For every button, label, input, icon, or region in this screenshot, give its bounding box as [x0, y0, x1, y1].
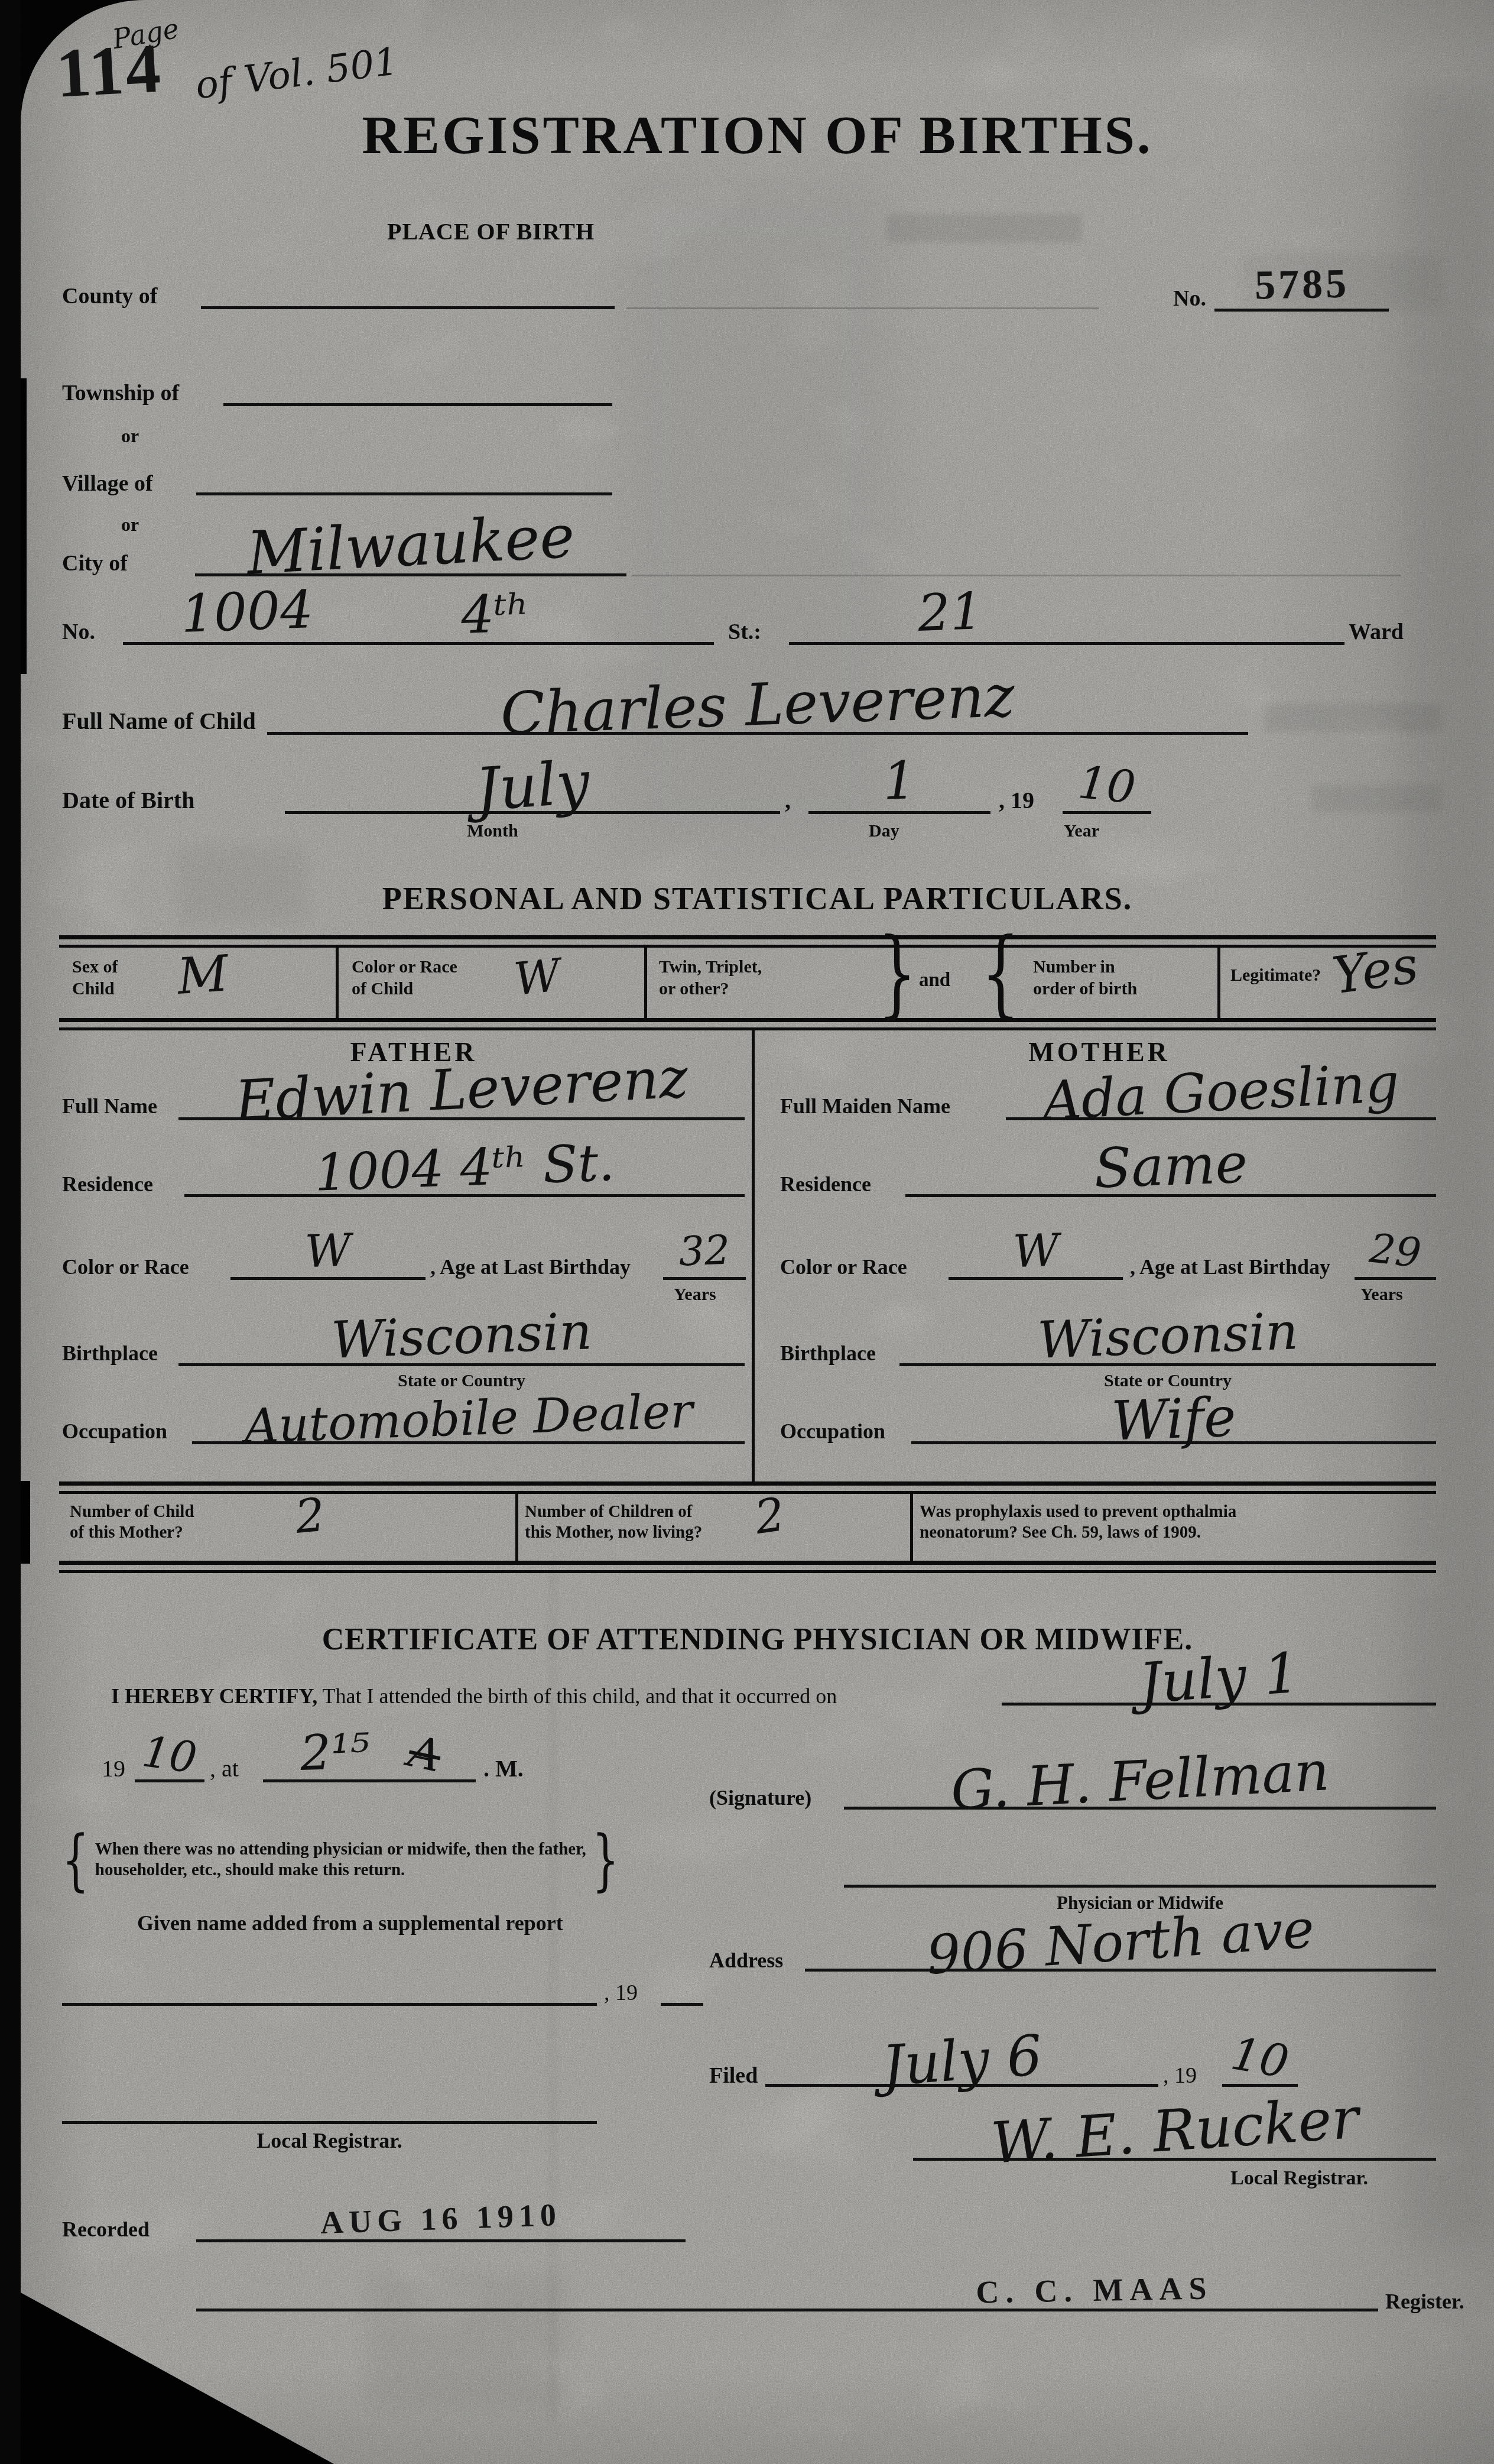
occurred-date-handwriting: July 1	[1136, 1641, 1301, 1717]
mother-race-label: Color or Race	[780, 1254, 907, 1280]
father-race-label: Color or Race	[62, 1254, 189, 1280]
note-text: When there was no attending physician or…	[95, 1839, 586, 1881]
certify-rest-text: That I attended the birth of this child,…	[317, 1684, 837, 1708]
signature-line: G. H. Fellman	[844, 1807, 1436, 1810]
signature-label: (Signature)	[709, 1785, 811, 1811]
particulars-bottom-rule	[59, 1018, 1436, 1030]
legitimate-handwriting: Yes	[1329, 935, 1422, 1006]
supplemental-year-label: , 19	[604, 1979, 638, 2006]
cert-at-label: , at	[210, 1755, 239, 1784]
certify-bold-text: I HEREBY CERTIFY,	[111, 1684, 317, 1708]
dob-year-line: 10	[1063, 811, 1151, 814]
dob-day-handwriting: 1	[882, 750, 917, 812]
local-registrar-left-label: Local Registrar.	[62, 2128, 597, 2154]
filed-date-handwriting: July 6	[879, 2024, 1044, 2099]
father-occupation-line: Automobile Dealer	[192, 1441, 745, 1444]
dob-year-prefix: , 19	[999, 786, 1034, 815]
mother-residence-handwriting: Same	[1093, 1132, 1248, 1201]
child-name-line: Charles Leverenz	[267, 732, 1248, 735]
supplemental-label: Given name added from a supplemental rep…	[137, 1911, 563, 1937]
particulars-divider-2	[644, 945, 647, 1018]
father-birthplace-handwriting: Wisconsin	[330, 1302, 593, 1370]
filed-year-prefix: , 19	[1163, 2062, 1197, 2089]
stats-divider-1	[515, 1491, 518, 1561]
child-name-label: Full Name of Child	[62, 707, 256, 736]
register-label: Register.	[1385, 2289, 1464, 2315]
particulars-divider-3	[1217, 945, 1220, 1018]
ward-label: Ward	[1349, 618, 1404, 646]
city-ghost-line	[632, 575, 1401, 576]
brace-close-glyph: }	[878, 917, 917, 1029]
county-label: County of	[62, 283, 158, 310]
township-line	[223, 403, 612, 406]
father-birthplace-line: Wisconsin	[178, 1363, 745, 1366]
particulars-divider-1	[336, 945, 339, 1018]
day-sublabel: Day	[869, 821, 899, 842]
cert-year-prefix: 19	[102, 1755, 125, 1784]
legitimate-label: Legitimate?	[1230, 965, 1321, 987]
father-residence-handwriting: 1004 4ᵗʰ St.	[314, 1133, 616, 1203]
register-name-stamp: C. C. MAAS	[976, 2270, 1213, 2311]
mother-race-handwriting: W	[1012, 1224, 1060, 1278]
page-number-stamp: 114	[54, 28, 164, 114]
sex-label: Sex of Child	[72, 957, 118, 1000]
father-residence-line: 1004 4ᵗʰ St.	[184, 1194, 745, 1197]
address-line: 1004 4ᵗʰ	[123, 642, 714, 645]
left-edge-nick	[21, 1481, 30, 1564]
children-living-label: Number of Children of this Mother, now l…	[525, 1502, 702, 1544]
particulars-top-rule	[59, 935, 1436, 948]
child-race-label: Color or Race of Child	[352, 957, 457, 1000]
dob-month-line: July	[285, 811, 780, 814]
father-name-line: Edwin Leverenz	[178, 1117, 745, 1120]
dob-month-handwriting: July	[473, 747, 592, 824]
brace-open-glyph: {	[981, 917, 1020, 1029]
parent-column-divider	[752, 1029, 755, 1484]
village-line	[196, 492, 612, 495]
occurred-date-line: July 1	[1002, 1703, 1436, 1706]
house-no-label: No.	[62, 618, 95, 646]
father-race-line: W	[230, 1277, 426, 1280]
recorded-label: Recorded	[62, 2217, 150, 2243]
birth-registration-document: Page 114 of Vol. 501 REGISTRATION OF BIR…	[0, 0, 1494, 2464]
filed-date-line: July 6	[765, 2084, 1158, 2087]
certificate-no-label: No.	[1173, 285, 1206, 312]
local-registrar-right-label: Local Registrar.	[1230, 2166, 1368, 2190]
cert-time-line: 2¹⁵ A	[263, 1779, 476, 1782]
county-line	[201, 306, 615, 309]
father-occupation-label: Occupation	[62, 1419, 167, 1445]
mother-birthplace-handwriting: Wisconsin	[1037, 1302, 1299, 1370]
no-attending-note: { When there was no attending physician …	[62, 1835, 694, 1885]
father-age-line: 32	[663, 1277, 746, 1280]
supplemental-year-line	[661, 2003, 703, 2006]
township-label: Township of	[62, 380, 179, 407]
cert-m-label: . M.	[483, 1755, 524, 1784]
filed-label: Filed	[709, 2062, 758, 2089]
dob-year-handwriting: 10	[1076, 756, 1138, 814]
or-label-1: or	[121, 424, 139, 448]
address-line: 906 North ave	[805, 1969, 1436, 1972]
county-ghost-line	[626, 307, 1099, 309]
father-years-label: Years	[674, 1284, 716, 1306]
recorded-line: AUG 16 1910	[196, 2239, 686, 2242]
month-sublabel: Month	[467, 821, 518, 842]
place-of-birth-label: PLACE OF BIRTH	[387, 218, 595, 247]
ward-handwriting: 21	[917, 582, 983, 643]
village-label: Village of	[62, 470, 153, 497]
registrar-signature-line: W. E. Rucker	[913, 2158, 1436, 2161]
mother-age-handwriting: 29	[1368, 1225, 1423, 1278]
sex-handwriting: M	[176, 944, 230, 1006]
physician-blank-line	[844, 1885, 1436, 1888]
register-line: C. C. MAAS	[196, 2309, 1378, 2311]
dob-label: Date of Birth	[62, 786, 194, 815]
father-age-label: , Age at Last Birthday	[430, 1254, 631, 1280]
stats-divider-2	[910, 1491, 913, 1561]
mother-name-line: Ada Goesling	[1006, 1117, 1436, 1120]
cert-year-line: 10	[135, 1779, 204, 1782]
mother-occupation-line: Wife	[911, 1441, 1436, 1444]
street-label: St.:	[728, 618, 761, 646]
left-edge-streak	[21, 378, 27, 674]
father-residence-label: Residence	[62, 1172, 153, 1198]
stats-bottom-rule	[59, 1561, 1436, 1573]
mother-age-line: 29	[1355, 1277, 1436, 1280]
city-label: City of	[62, 550, 128, 577]
cert-year-handwriting: 10	[139, 1726, 200, 1783]
and-label: and	[919, 968, 950, 992]
note-brace-right: }	[592, 1821, 619, 1898]
cert-time-handwriting: 2¹⁵	[300, 1723, 371, 1782]
mother-birthplace-line: Wisconsin	[899, 1363, 1436, 1366]
child-race-handwriting: W	[512, 948, 563, 1006]
father-race-handwriting: W	[304, 1224, 352, 1278]
note-brace-left: {	[62, 1821, 89, 1898]
dob-day-line: 1	[808, 811, 990, 814]
house-number-handwriting: 1004	[180, 579, 314, 644]
or-label-2: or	[121, 513, 139, 536]
ward-line: 21	[789, 642, 1344, 645]
certificate-no-line: 5785	[1214, 309, 1389, 312]
mother-years-label: Years	[1360, 1284, 1403, 1306]
mother-residence-label: Residence	[780, 1172, 871, 1198]
mother-race-line: W	[949, 1277, 1123, 1280]
city-line: Milwaukee	[195, 573, 626, 576]
mother-occupation-label: Occupation	[780, 1419, 885, 1445]
twin-label: Twin, Triplet, or other?	[659, 957, 762, 1000]
stats-top-rule	[59, 1481, 1436, 1494]
street-handwriting: 4ᵗʰ	[460, 582, 530, 646]
prophylaxis-label: Was prophylaxis used to prevent opthalmi…	[920, 1502, 1434, 1544]
father-birthplace-label: Birthplace	[62, 1341, 158, 1367]
filed-year-line: 10	[1222, 2084, 1298, 2087]
supplemental-blank-line	[62, 2003, 597, 2006]
mother-occupation-handwriting: Wife	[1110, 1385, 1237, 1453]
year-sublabel: Year	[1064, 821, 1099, 842]
certify-sentence: I HEREBY CERTIFY, That I attended the bi…	[111, 1684, 837, 1710]
mother-birthplace-label: Birthplace	[780, 1341, 876, 1367]
certificate-number-stamp: 5785	[1254, 261, 1349, 310]
child-number-label: Number of Child of this Mother?	[70, 1502, 194, 1544]
child-number-handwriting: 2	[293, 1489, 327, 1544]
mother-residence-line: Same	[905, 1194, 1436, 1197]
father-age-handwriting: 32	[678, 1227, 730, 1276]
filed-year-handwriting: 10	[1227, 2027, 1293, 2088]
birth-order-label: Number in order of birth	[1033, 957, 1137, 1000]
page-title: REGISTRATION OF BIRTHS.	[21, 102, 1494, 168]
particulars-title: PERSONAL AND STATISTICAL PARTICULARS.	[21, 880, 1494, 919]
mother-name-label: Full Maiden Name	[780, 1094, 950, 1120]
dob-comma: ,	[785, 786, 791, 815]
father-name-label: Full Name	[62, 1094, 157, 1120]
mother-age-label: , Age at Last Birthday	[1130, 1254, 1330, 1280]
registrar-blank-line	[62, 2121, 597, 2124]
address-label: Address	[709, 1948, 783, 1974]
